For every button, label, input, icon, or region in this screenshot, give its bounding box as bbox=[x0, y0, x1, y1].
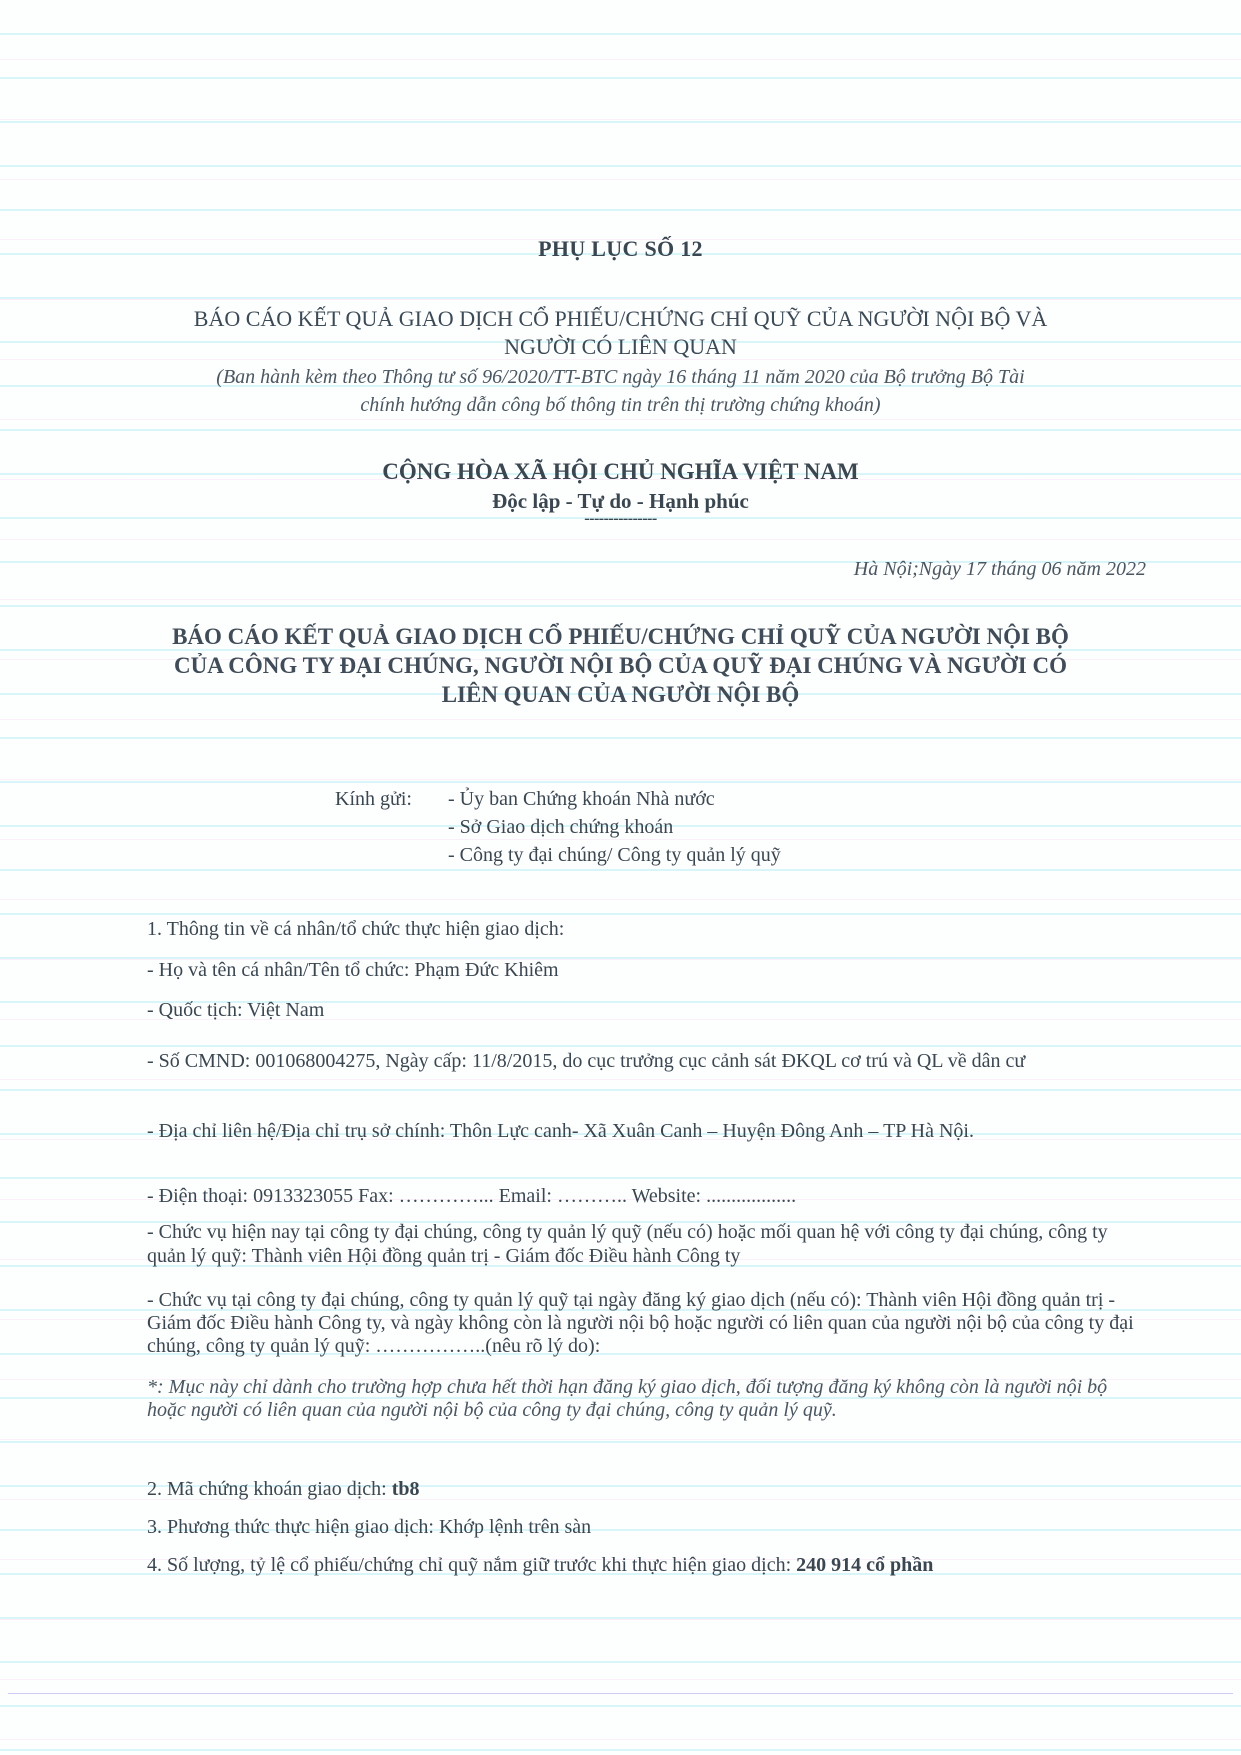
security-code: 2. Mã chứng khoán giao dịch: tb8 bbox=[147, 1477, 1137, 1502]
current-position: - Chức vụ hiện nay tại công ty đại chúng… bbox=[147, 1220, 1137, 1268]
holding-before-value: 240 914 cổ phần bbox=[796, 1554, 933, 1576]
form-title-line: BÁO CÁO KẾT QUẢ GIAO DỊCH CỔ PHIẾU/CHỨNG… bbox=[0, 305, 1241, 333]
report-title-line: CỦA CÔNG TY ĐẠI CHÚNG, NGƯỜI NỘI BỘ CỦA … bbox=[0, 651, 1241, 680]
report-title-line: LIÊN QUAN CỦA NGƯỜI NỘI BỘ bbox=[0, 680, 1241, 709]
address: - Địa chỉ liên hệ/Địa chỉ trụ sở chính: … bbox=[147, 1118, 1137, 1144]
holding-before-label: 4. Số lượng, tỷ lệ cổ phiếu/chứng chỉ qu… bbox=[147, 1554, 796, 1576]
security-code-value: tb8 bbox=[392, 1478, 420, 1500]
transaction-method: 3. Phương thức thực hiện giao dịch: Khớp… bbox=[147, 1515, 1137, 1540]
id-card-info: - Số CMND: 001068004275, Ngày cấp: 11/8/… bbox=[147, 1048, 1137, 1074]
recipient-item: - Công ty đại chúng/ Công ty quản lý quỹ bbox=[448, 841, 781, 869]
report-title-line: BÁO CÁO KẾT QUẢ GIAO DỊCH CỔ PHIẾU/CHỨNG… bbox=[0, 622, 1241, 651]
report-title: BÁO CÁO KẾT QUẢ GIAO DỊCH CỔ PHIẾU/CHỨNG… bbox=[0, 622, 1241, 709]
person-name: - Họ và tên cá nhân/Tên tổ chức: Phạm Đứ… bbox=[147, 958, 1137, 983]
section1-heading: 1. Thông tin về cá nhân/tổ chức thực hiệ… bbox=[147, 917, 1137, 942]
form-title-line: NGƯỜI CÓ LIÊN QUAN bbox=[0, 333, 1241, 361]
issuance-note-line: (Ban hành kèm theo Thông tư số 96/2020/T… bbox=[0, 363, 1241, 391]
holding-before: 4. Số lượng, tỷ lệ cổ phiếu/chứng chỉ qu… bbox=[147, 1553, 1137, 1578]
place-date: Hà Nội;Ngày 17 tháng 06 năm 2022 bbox=[854, 558, 1146, 581]
form-title: BÁO CÁO KẾT QUẢ GIAO DỊCH CỔ PHIẾU/CHỨNG… bbox=[0, 305, 1241, 361]
appendix-title: PHỤ LỤC SỐ 12 bbox=[0, 236, 1241, 262]
recipient-item: - Ủy ban Chứng khoán Nhà nước bbox=[448, 785, 781, 813]
recipients-block: Kính gửi: - Ủy ban Chứng khoán Nhà nước … bbox=[335, 785, 781, 869]
nationality: - Quốc tịch: Việt Nam bbox=[147, 998, 1137, 1023]
separator: --------------- bbox=[0, 510, 1241, 528]
security-code-label: 2. Mã chứng khoán giao dịch: bbox=[147, 1478, 392, 1500]
recipient-item: - Sở Giao dịch chứng khoán bbox=[448, 813, 781, 841]
footnote-text: *: Mục này chỉ dành cho trường hợp chưa … bbox=[147, 1376, 1107, 1421]
page-bottom-rule bbox=[8, 1693, 1233, 1694]
position-at-registration: - Chức vụ tại công ty đại chúng, công ty… bbox=[147, 1289, 1137, 1358]
footnote: *: Mục này chỉ dành cho trường hợp chưa … bbox=[147, 1376, 1137, 1422]
nation-header: CỘNG HÒA XÃ HỘI CHỦ NGHĨA VIỆT NAM bbox=[0, 459, 1241, 485]
issuance-note-line: chính hướng dẫn công bố thông tin trên t… bbox=[0, 391, 1241, 419]
issuance-note: (Ban hành kèm theo Thông tư số 96/2020/T… bbox=[0, 363, 1241, 419]
recipients-label: Kính gửi: bbox=[335, 785, 448, 813]
contact-info: - Điện thoại: 0913323055 Fax: …………... Em… bbox=[147, 1184, 1137, 1209]
recipients-list: - Ủy ban Chứng khoán Nhà nước - Sở Giao … bbox=[448, 785, 781, 869]
